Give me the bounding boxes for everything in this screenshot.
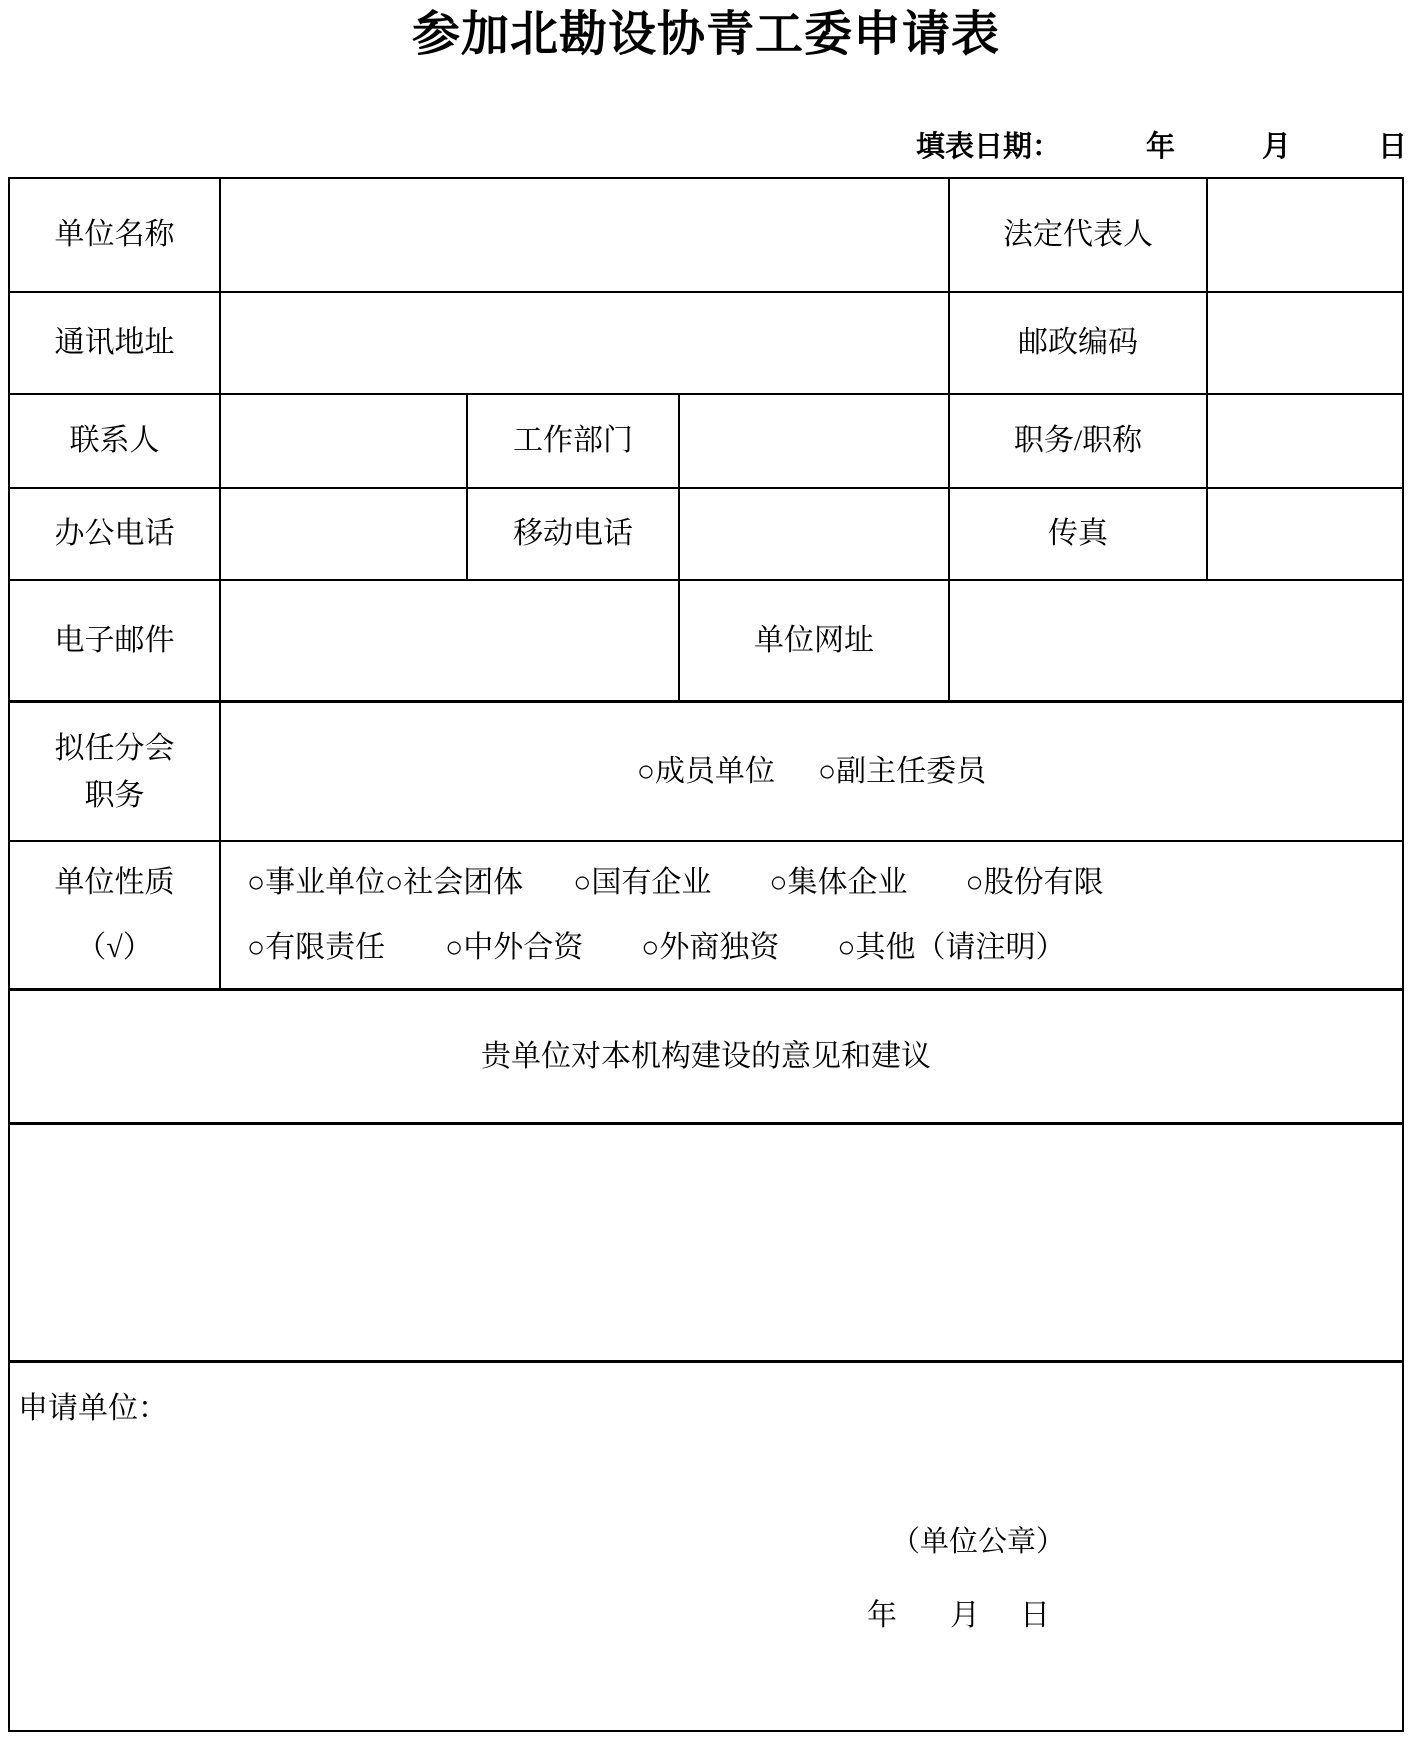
branch-role-options: ○成员单位 ○副主任委员 [221,703,1402,842]
option-member-unit[interactable]: ○成员单位 [637,754,775,790]
fax-input[interactable] [1208,489,1402,581]
branch-role-label: 拟任分会 职务 [10,703,221,842]
signature-day-label: 日 [1020,1599,1050,1632]
address-input[interactable] [221,293,950,395]
unit-seal-label: （单位公章） [891,1524,1065,1560]
option-state-owned[interactable]: ○国有企业 [573,866,711,899]
form-title: 参加北勘设协青工委申请表 [0,6,1412,64]
unit-nature-label-line2: （√） [55,915,175,980]
legal-rep-input[interactable] [1208,179,1402,293]
option-collective[interactable]: ○集体企业 [769,866,907,899]
suggestions-input-area[interactable] [10,1125,1402,1363]
unit-nature-options-row2: ○有限责任○中外合资○外商独资○其他（请注明） [247,915,1066,980]
contact-label: 联系人 [10,395,221,489]
postal-code-label: 邮政编码 [950,293,1208,395]
signature-date-line: 年月日 [867,1598,1050,1634]
fill-date-label: 填表日期： [916,131,1061,163]
address-label: 通讯地址 [10,293,221,395]
department-input[interactable] [680,395,950,489]
signature-month-label: 月 [950,1599,980,1632]
signature-area[interactable]: 申请单位： （单位公章） 年月日 [10,1363,1402,1730]
unit-nature-options: ○事业单位○社会团体○国有企业○集体企业○股份有限 ○有限责任○中外合资○外商独… [221,842,1402,991]
unit-nature-label: 单位性质 （√） [10,842,221,991]
fax-label: 传真 [950,489,1208,581]
fill-date-month-label: 月 [1262,131,1291,163]
website-input[interactable] [950,581,1402,703]
postal-code-input[interactable] [1208,293,1402,395]
office-phone-label: 办公电话 [10,489,221,581]
option-joint-venture[interactable]: ○中外合资 [445,931,583,964]
application-form-table: 单位名称 法定代表人 通讯地址 邮政编码 联系人 工作部门 职务/职称 办公电话… [8,177,1404,1732]
email-input[interactable] [221,581,680,703]
option-other[interactable]: ○其他（请注明） [837,931,1065,964]
legal-rep-label: 法定代表人 [950,179,1208,293]
option-deputy-director[interactable]: ○副主任委员 [818,754,986,790]
branch-role-label-line2: 职务 [55,772,175,819]
unit-name-label: 单位名称 [10,179,221,293]
option-foreign-owned[interactable]: ○外商独资 [641,931,779,964]
mobile-phone-label: 移动电话 [468,489,680,581]
unit-nature-label-line1: 单位性质 [55,850,175,915]
website-label: 单位网址 [680,581,950,703]
mobile-phone-input[interactable] [680,489,950,581]
applicant-label: 申请单位： [18,1391,168,1427]
contact-input[interactable] [221,395,468,489]
option-limited-liability[interactable]: ○有限责任 [247,931,385,964]
unit-nature-options-row1: ○事业单位○社会团体○国有企业○集体企业○股份有限 [247,850,1104,915]
fill-date-day-label: 日 [1378,131,1407,163]
fill-date-year-label: 年 [1146,131,1175,163]
department-label: 工作部门 [468,395,680,489]
fill-date-line: 填表日期：年月日 [916,130,1407,164]
unit-name-input[interactable] [221,179,950,293]
office-phone-input[interactable] [221,489,468,581]
suggestions-title: 贵单位对本机构建设的意见和建议 [10,991,1402,1125]
email-label: 电子邮件 [10,581,221,703]
position-label: 职务/职称 [950,395,1208,489]
option-public-institution[interactable]: ○事业单位 [247,866,385,899]
option-social-organization[interactable]: ○社会团体 [385,866,523,899]
position-input[interactable] [1208,395,1402,489]
option-stock-limited[interactable]: ○股份有限 [966,866,1104,899]
signature-year-label: 年 [867,1599,897,1632]
branch-role-label-line1: 拟任分会 [55,725,175,772]
